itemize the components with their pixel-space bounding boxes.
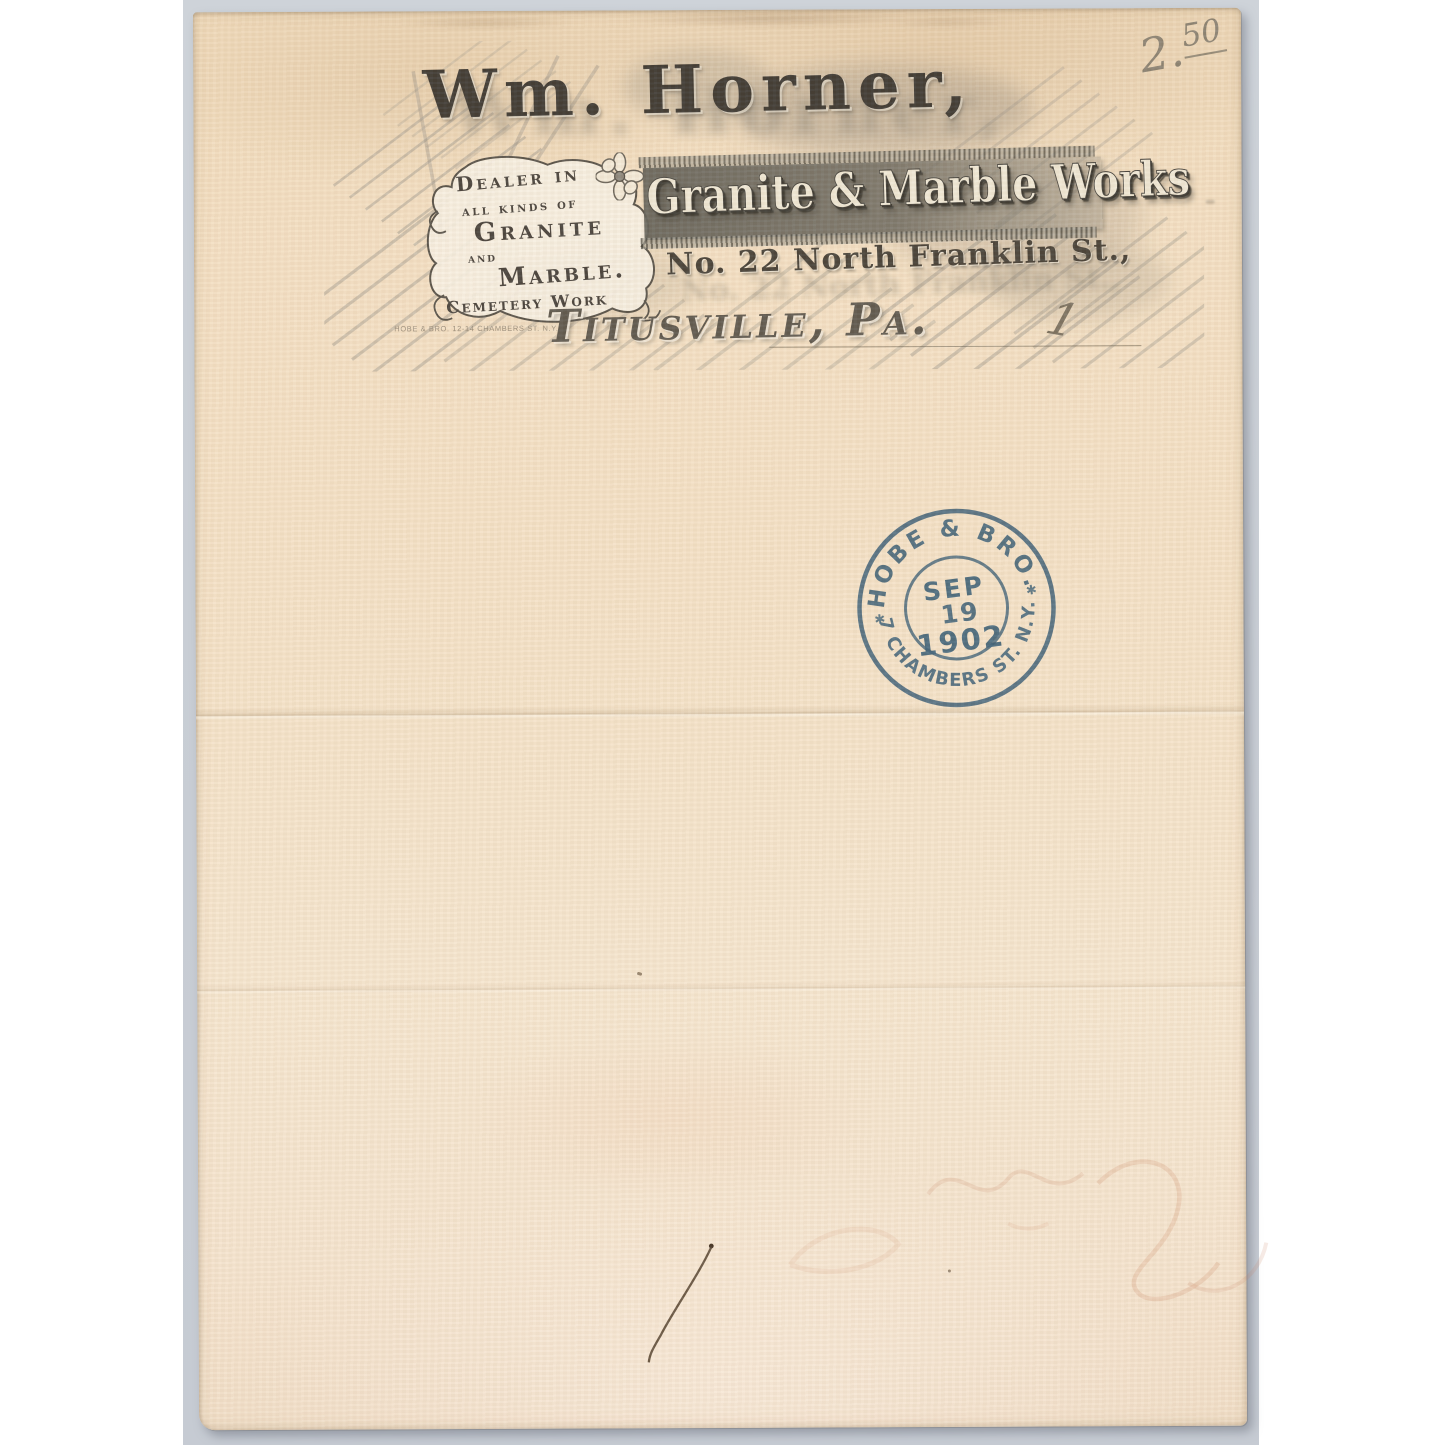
ink-speck bbox=[637, 972, 642, 976]
stamp-star-left: ✱ bbox=[874, 612, 887, 628]
paper-edge-stain bbox=[193, 8, 1241, 39]
ghost-writing bbox=[578, 1123, 1279, 1396]
fold-line-lower bbox=[197, 980, 1245, 995]
stamp-star-right: ✱ bbox=[1025, 583, 1038, 599]
dealer-line: and bbox=[468, 249, 498, 267]
printer-credit: HOBE & BRO. 12-14 CHAMBERS ST. N.Y. bbox=[394, 324, 558, 334]
receiving-stamp: HOBE & BRO. 7 CHAMBERS ST. N.Y. ✱ ✱ SEP … bbox=[839, 491, 1074, 726]
ink-stroke bbox=[648, 1247, 712, 1362]
fold-line-upper bbox=[196, 704, 1244, 721]
proprietor-name: Wm. Horner, bbox=[407, 44, 989, 135]
paper-sheet: Wm. Horner, Wm. Horner, Dealer in all ki… bbox=[193, 8, 1247, 1431]
city-state-line: Titusville, Pa. bbox=[546, 292, 930, 353]
stamp-date-year: 1902 bbox=[915, 618, 1007, 663]
paper-smudge bbox=[1206, 200, 1215, 204]
flower-ornament bbox=[596, 152, 644, 200]
ink-speck-small bbox=[948, 1269, 951, 1272]
pencil-price-cents: 50 bbox=[1178, 12, 1228, 59]
